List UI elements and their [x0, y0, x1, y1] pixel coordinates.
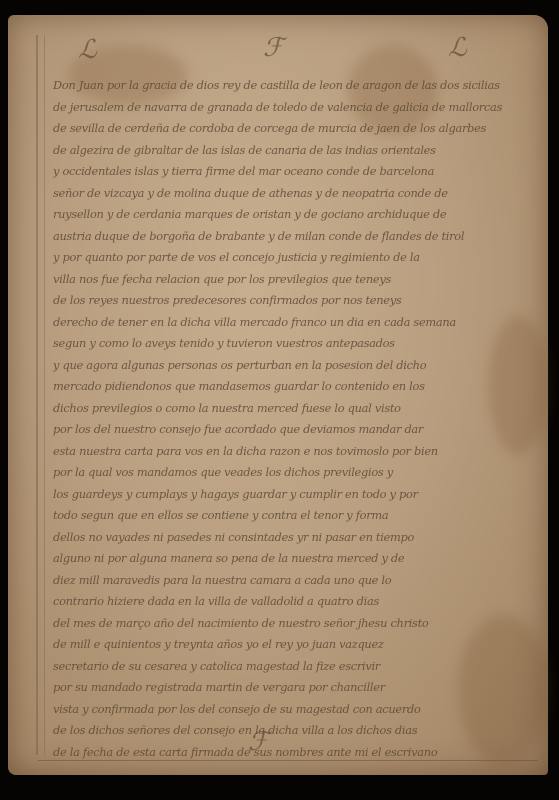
text-line: segun y como lo aveys tenido y tuvieron … [53, 333, 538, 355]
bottom-rule-line [38, 760, 538, 761]
text-line: diez mill maravedis para la nuestra cama… [53, 570, 538, 592]
text-line: de los dichos señores del consejo en la … [53, 720, 538, 742]
text-line: y occidentales islas y tierra firme del … [53, 161, 538, 183]
text-line: señor de vizcaya y de molina duque de at… [53, 183, 538, 205]
text-line: por los del nuestro consejo fue acordado… [53, 419, 538, 441]
margin-fold-line [44, 35, 45, 755]
header-flourish: ℒ [448, 33, 467, 63]
text-line: por su mandado registrada martin de verg… [53, 677, 538, 699]
text-line: todo segun que en ellos se contiene y co… [53, 505, 538, 527]
margin-fold-line [36, 35, 38, 755]
text-line: alguno ni por alguna manera so pena de l… [53, 548, 538, 570]
text-line: del mes de março año del nacimiento de n… [53, 613, 538, 635]
manuscript-text-block: Don Juan por la gracia de dios rey de ca… [53, 75, 538, 763]
text-line: derecho de tener en la dicha villa merca… [53, 312, 538, 334]
text-line: por la qual vos mandamos que veades los … [53, 462, 538, 484]
text-line: mercado pidiendonos que mandasemos guard… [53, 376, 538, 398]
manuscript-page: ℒ ℱ ℒ Don Juan por la gracia de dios rey… [8, 15, 548, 775]
text-line: y por quanto por parte de vos el concejo… [53, 247, 538, 269]
text-line: esta nuestra carta para vos en la dicha … [53, 441, 538, 463]
text-line: de los reyes nuestros predecesores confi… [53, 290, 538, 312]
text-line: dichos previlegios o como la nuestra mer… [53, 398, 538, 420]
text-line: austria duque de borgoña de brabante y d… [53, 226, 538, 248]
text-line: villa nos fue fecha relacion que por los… [53, 269, 538, 291]
header-flourish: ℒ [78, 35, 97, 65]
header-flourish: ℱ [263, 33, 283, 63]
text-line: Don Juan por la gracia de dios rey de ca… [53, 75, 538, 97]
text-line: y que agora algunas personas os perturba… [53, 355, 538, 377]
text-line: de algezira de gibraltar de las islas de… [53, 140, 538, 162]
text-line: vista y confirmada por los del consejo d… [53, 699, 538, 721]
text-line: de mill e quinientos y treynta años yo e… [53, 634, 538, 656]
text-line: secretario de su cesarea y catolica mage… [53, 656, 538, 678]
text-line: de jerusalem de navarra de granada de to… [53, 97, 538, 119]
text-line: de sevilla de cerdeña de cordoba de corc… [53, 118, 538, 140]
text-line: los guardeys y cumplays y hagays guardar… [53, 484, 538, 506]
text-line: dellos no vayades ni pasedes ni consinta… [53, 527, 538, 549]
footer-flourish: ℱ [248, 727, 268, 757]
text-line: contrario hiziere dada en la villa de va… [53, 591, 538, 613]
text-line: ruysellon y de cerdania marques de orist… [53, 204, 538, 226]
